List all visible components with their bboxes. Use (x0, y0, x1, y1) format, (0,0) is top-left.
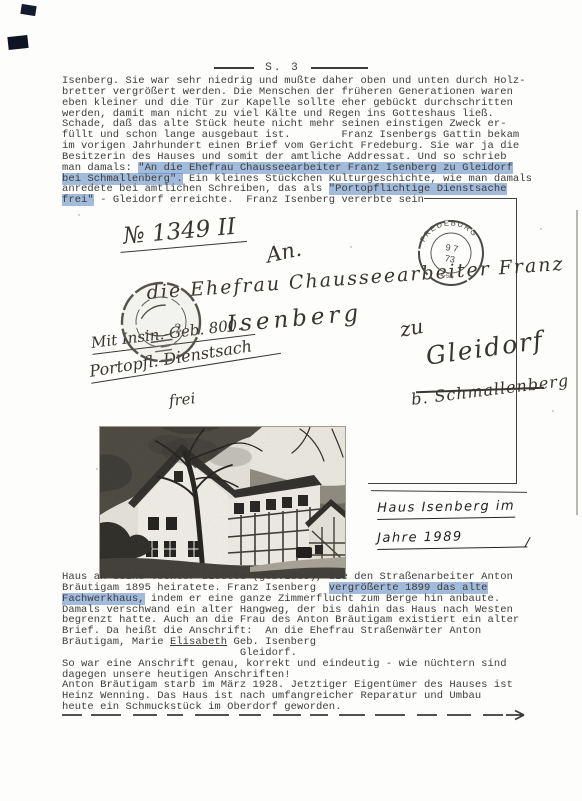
postmark-arrival: 2 (112, 272, 209, 371)
highlighted-text: frei" (62, 194, 94, 206)
postmark-date-year: 73 (444, 253, 456, 265)
text-line: frei" - Gleidorf erreichte. Franz Isenbe… (62, 195, 524, 206)
postmark-fredeburg-stamp: FREDEBURG 9 7 73 4-5N (408, 212, 493, 294)
scan-speck (552, 410, 554, 412)
photo-caption-line2-wrap: Jahre 1989 / (377, 528, 527, 550)
photo-caption-line2: Jahre 1989 (377, 530, 463, 546)
paragraph-bottom: Haus an seine Tochter Lisette (geb.1869)… (62, 572, 524, 713)
scan-speck (78, 214, 80, 216)
handwritten-place2: b. Schmallenberg (410, 371, 570, 409)
caption-flourish: / (524, 535, 533, 551)
handwritten-reference-number: № 1349 II (118, 213, 247, 253)
scan-speck (540, 228, 542, 230)
scanned-document-page: S. 3 Isenberg. Sie war sehr niedrig und … (0, 0, 582, 801)
photo-illustration (100, 427, 345, 578)
photo-caption-line1: Haus Isenberg im (377, 499, 515, 520)
bottom-dashed-arrow (60, 706, 532, 727)
handwritten-salutation: An. (264, 237, 304, 268)
postmark-rim-text: 4-5N (440, 273, 454, 281)
handwritten-frei-note: frei (168, 389, 196, 410)
header-dash-right (311, 67, 368, 69)
text-segment: man damals: (62, 162, 138, 174)
scan-speck (96, 468, 98, 470)
scan-artifact-mark (7, 35, 28, 50)
page-number: S. 3 (265, 62, 299, 74)
text-segment: - Gleidorf erreichte. Franz Isenberg ver… (94, 194, 431, 206)
postmark-fredeburg: FREDEBURG 9 7 73 4-5N (408, 212, 493, 294)
paragraph-top: Isenberg. Sie war sehr niedrig und mußte… (62, 76, 524, 206)
scan-speck (350, 246, 352, 248)
caption-top-line (371, 490, 527, 493)
dashed-arrow-icon (60, 706, 532, 722)
scan-artifact-mark (20, 4, 36, 16)
handwritten-zu: zu (398, 314, 425, 342)
scan-edge-line (576, 210, 578, 515)
postmark-date-day: 9 7 (445, 242, 459, 254)
page-header: S. 3 (0, 62, 582, 74)
envelope-border-top (424, 198, 517, 199)
envelope-border-bottom (368, 483, 517, 484)
photo-haus-isenberg (100, 427, 345, 578)
handwritten-place: Gleidorf (424, 325, 546, 370)
handwritten-address-line1: die Ehefrau Chausseearbeiter Franz (146, 253, 565, 304)
postmark-arrival-stamp: 2 (112, 272, 209, 371)
header-dash-left (214, 67, 254, 69)
